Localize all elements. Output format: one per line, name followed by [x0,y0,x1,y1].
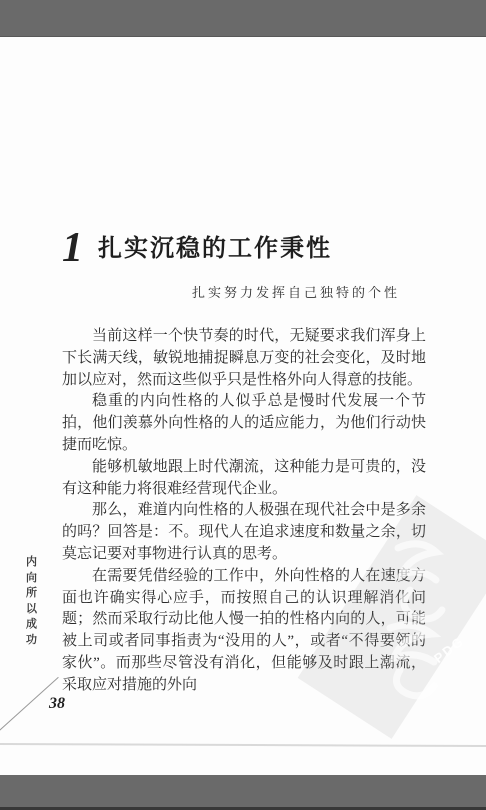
paragraph: 稳重的内向性格的人似乎总是慢时代发展一个节拍，他们羡慕外向性格的人的适应能力，为… [62,391,426,456]
spine-vertical-title: 内向所以成功 [26,555,39,648]
page-number: 38 [49,695,65,713]
page-edge-shadow [0,743,486,747]
chapter-title: 扎实沉稳的工作秉性 [98,234,332,264]
chapter-subtitle: 扎实努力发挥自己独特的个性 [62,282,426,301]
chapter-number: 1 [62,226,83,270]
scan-band-bottom [0,775,486,810]
book-page-scan: 1 扎实沉稳的工作秉性 扎实努力发挥自己独特的个性 当前这样一个快节奏的时代，无… [0,0,486,810]
chapter-heading: 1 扎实沉稳的工作秉性 [62,226,426,270]
paragraph: 能够机敏地跟上时代潮流，这种能力是可贵的，没有这种能力将很难经营现代企业。 [62,457,426,501]
paragraph: 当前这样一个快节奏的时代，无疑要求我们浑身上下长满天线，敏锐地捕捉瞬息万变的社会… [62,326,426,391]
watermark-seal-glyphs [352,520,472,710]
